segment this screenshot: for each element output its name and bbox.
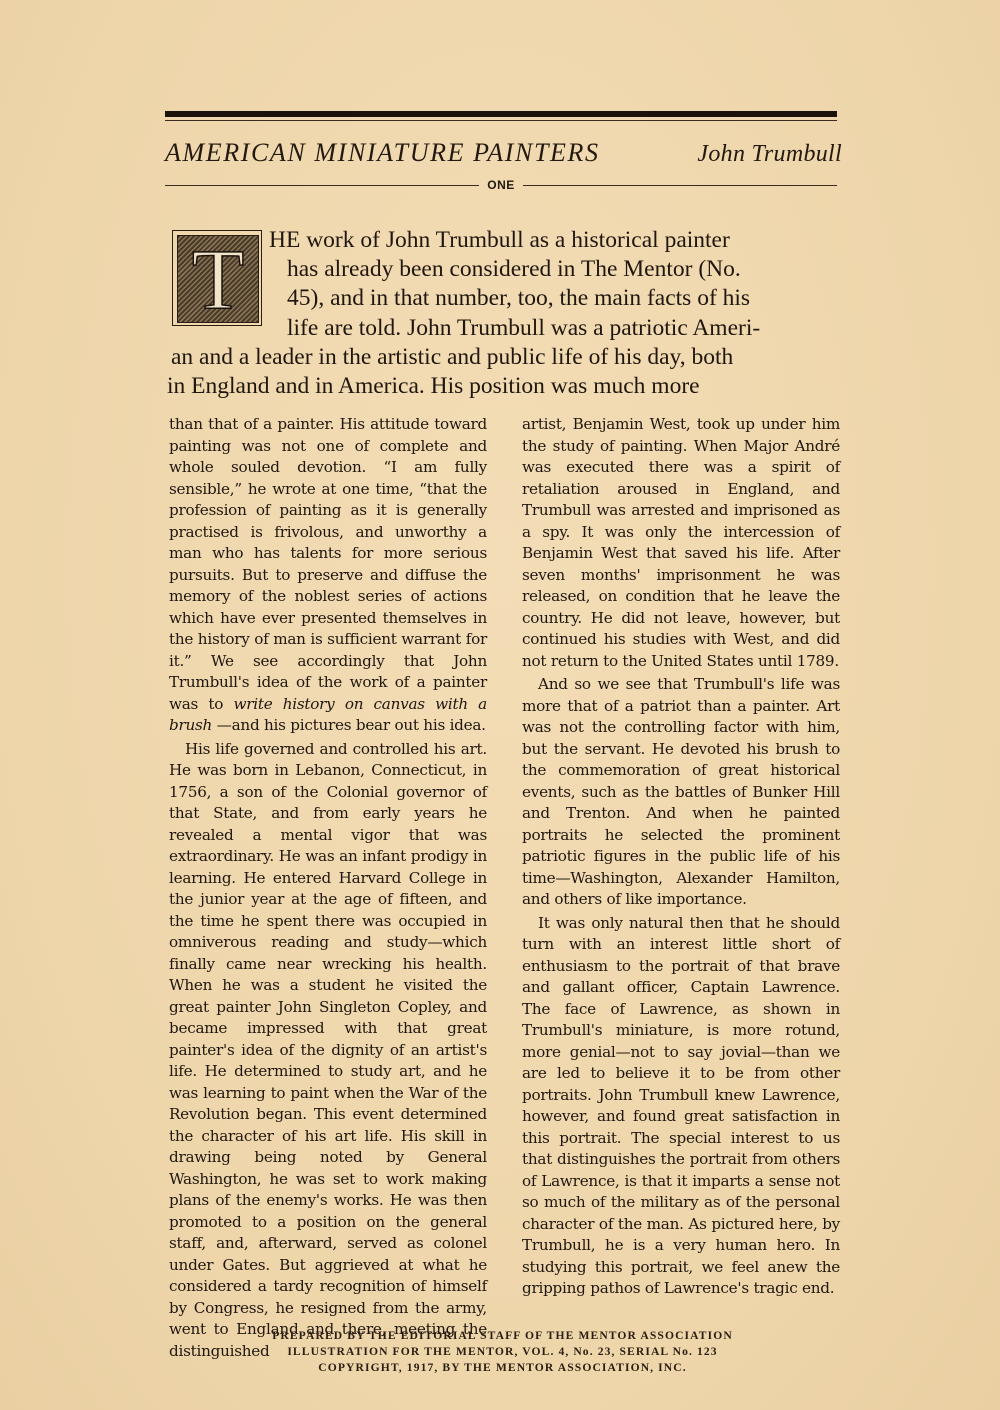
divider-line-right (523, 185, 837, 186)
intro-line: 45), and in that number, too, the main f… (287, 284, 750, 313)
drop-cap-ornament: T (172, 230, 262, 326)
footer-line-copyright: COPYRIGHT, 1917, BY THE MENTOR ASSOCIATI… (230, 1360, 775, 1376)
footer-line-editorial: PREPARED BY THE EDITORIAL STAFF OF THE M… (230, 1328, 775, 1344)
paragraph-text: than that of a painter. His attitude tow… (169, 415, 487, 713)
intro-line: an and a leader in the artistic and publ… (171, 343, 733, 372)
document-page: AMERICAN MINIATURE PAINTERS John Trumbul… (0, 0, 1000, 1410)
section-label: ONE (479, 178, 523, 192)
paragraph-text: —and his pictures bear out his idea. (212, 716, 486, 734)
article-subject: John Trumbull (697, 141, 842, 168)
intro-line: life are told. John Trumbull was a patri… (287, 314, 760, 343)
left-paragraph-2: His life governed and controlled his art… (169, 739, 487, 1363)
header-thick-rule (165, 111, 837, 117)
right-paragraph-2: And so we see that Trumbull's life was m… (522, 674, 840, 911)
drop-cap-letter: T (177, 235, 259, 323)
intro-line: HE work of John Trumbull as a historical… (269, 226, 730, 255)
intro-line: has already been considered in The Mento… (287, 255, 741, 284)
right-column: artist, Benjamin West, took up under him… (522, 414, 840, 1300)
right-paragraph-3: It was only natural then that he should … (522, 913, 840, 1300)
credits-footer: PREPARED BY THE EDITORIAL STAFF OF THE M… (230, 1328, 775, 1376)
intro-line: in England and in America. His position … (167, 372, 700, 401)
divider-line-left (165, 185, 479, 186)
left-column: than that of a painter. His attitude tow… (169, 414, 487, 1362)
header-thin-rule (165, 120, 837, 121)
section-divider: ONE (165, 178, 837, 192)
right-paragraph-1: artist, Benjamin West, took up under him… (522, 414, 840, 672)
footer-line-illustration: ILLUSTRATION FOR THE MENTOR, VOL. 4, No.… (230, 1344, 775, 1360)
running-header: AMERICAN MINIATURE PAINTERS John Trumbul… (165, 138, 842, 172)
series-title: AMERICAN MINIATURE PAINTERS (165, 138, 600, 168)
left-paragraph-1: than that of a painter. His attitude tow… (169, 414, 487, 737)
